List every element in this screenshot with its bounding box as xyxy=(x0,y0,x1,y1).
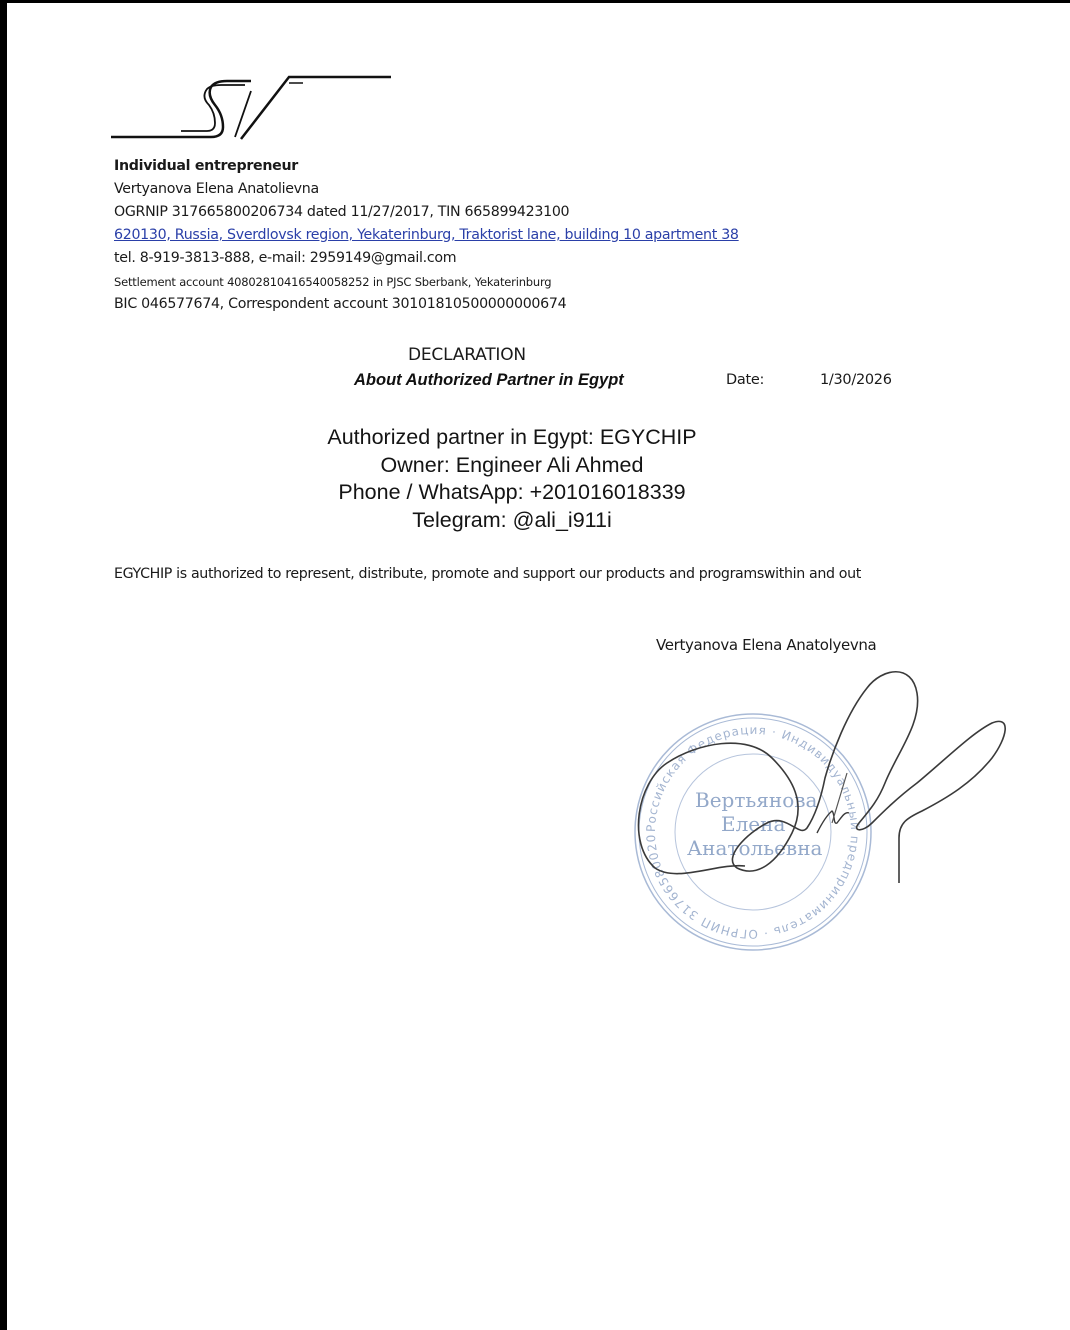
contact-info: tel. 8-919-3813-888, e-mail: 2959149@gma… xyxy=(114,250,456,266)
partner-telegram: Telegram: @ali_i911i xyxy=(307,507,717,535)
sv-logo-icon xyxy=(111,75,401,147)
partner-owner: Owner: Engineer Ali Ahmed xyxy=(307,452,717,480)
authorization-statement: EGYCHIP is authorized to represent, dist… xyxy=(114,566,861,582)
handwritten-signature-icon xyxy=(627,663,1027,953)
document-page: Individual entrepreneur Vertyanova Elena… xyxy=(7,3,1070,1330)
signatory-name: Vertyanova Elena Anatolyevna xyxy=(656,636,876,654)
settlement-account: Settlement account 40802810416540058252 … xyxy=(114,275,551,289)
date-value: 1/30/2026 xyxy=(820,372,892,388)
entrepreneur-title: Individual entrepreneur xyxy=(114,158,298,174)
declaration-subtitle: About Authorized Partner in Egypt xyxy=(354,371,624,390)
registration-info: OGRNIP 317665800206734 dated 11/27/2017,… xyxy=(114,204,569,220)
date-label: Date: xyxy=(726,372,764,388)
address-link[interactable]: 620130, Russia, Sverdlovsk region, Yekat… xyxy=(114,227,739,243)
partner-details: Authorized partner in Egypt: EGYCHIP Own… xyxy=(307,424,717,534)
entrepreneur-name: Vertyanova Elena Anatolievna xyxy=(114,181,319,197)
partner-company: Authorized partner in Egypt: EGYCHIP xyxy=(307,424,717,452)
bank-details: BIC 046577674, Correspondent account 301… xyxy=(114,296,566,312)
declaration-title: DECLARATION xyxy=(408,345,526,365)
partner-phone: Phone / WhatsApp: +201016018339 xyxy=(307,479,717,507)
